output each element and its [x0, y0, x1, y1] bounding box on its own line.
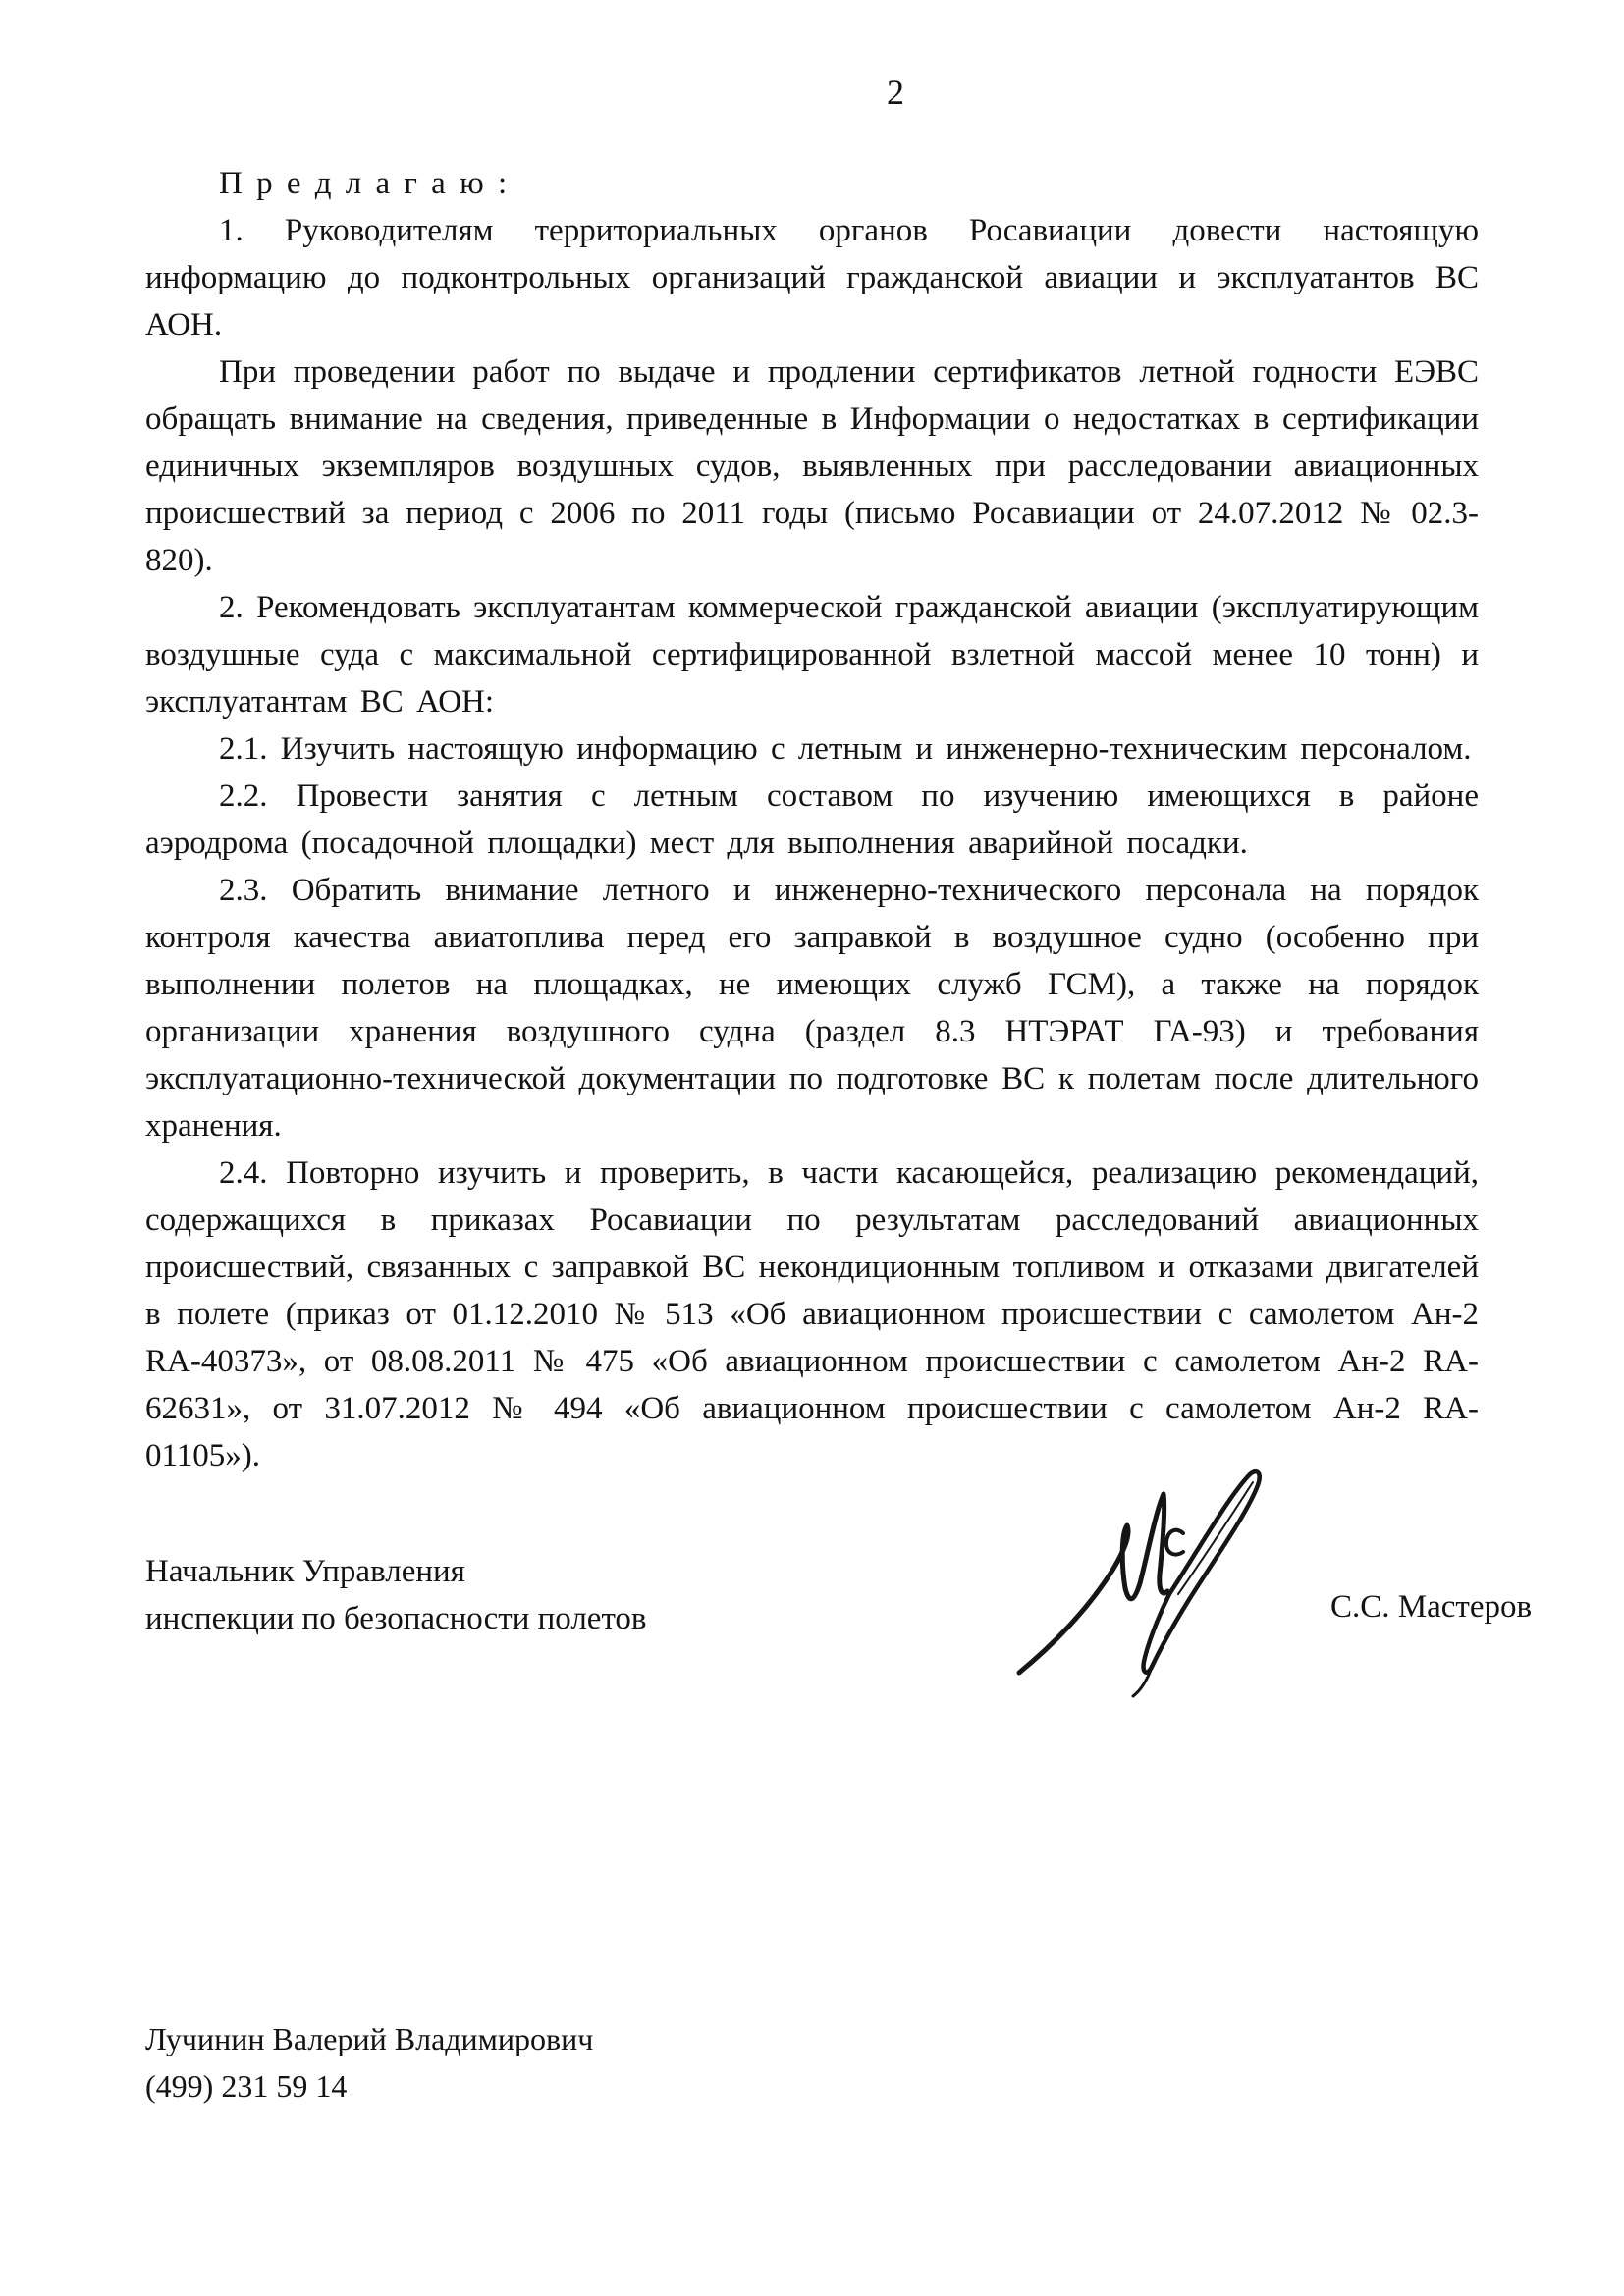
signer-position-line2: инспекции по безопасности полетов: [145, 1595, 774, 1642]
signer-name: С.С. Мастеров: [1330, 1583, 1532, 1630]
executor-name: Лучинин Валерий Владимирович: [145, 2015, 593, 2062]
signer-position-line1: Начальник Управления: [145, 1548, 774, 1595]
page-number: 2: [887, 69, 904, 116]
paragraph-1: 1. Руководителям территориальных органов…: [145, 207, 1479, 348]
executor-phone: (499) 231 59 14: [145, 2062, 593, 2109]
handwritten-signature-icon: [968, 1455, 1292, 1710]
paragraph-2-2: 2.2. Провести занятия с летным составом …: [145, 773, 1479, 867]
scanned-document-page: 2 П р е д л а г а ю : 1. Руководителям т…: [0, 0, 1624, 2296]
signer-position-title: Начальник Управления инспекции по безопа…: [145, 1548, 774, 1642]
paragraph-2-1: 2.1. Изучить настоящую информацию с летн…: [145, 725, 1479, 773]
executor-contact-block: Лучинин Валерий Владимирович (499) 231 5…: [145, 2015, 593, 2109]
paragraph-1a: При проведении работ по выдаче и продлен…: [145, 348, 1479, 584]
document-body: П р е д л а г а ю : 1. Руководителям тер…: [145, 160, 1479, 1479]
paragraph-2-3: 2.3. Обратить внимание летного и инженер…: [145, 867, 1479, 1149]
paragraph-2: 2. Рекомендовать эксплуатантам коммерчес…: [145, 584, 1479, 725]
resolution-heading: П р е д л а г а ю :: [145, 160, 1479, 207]
paragraph-2-4: 2.4. Повторно изучить и проверить, в час…: [145, 1149, 1479, 1479]
